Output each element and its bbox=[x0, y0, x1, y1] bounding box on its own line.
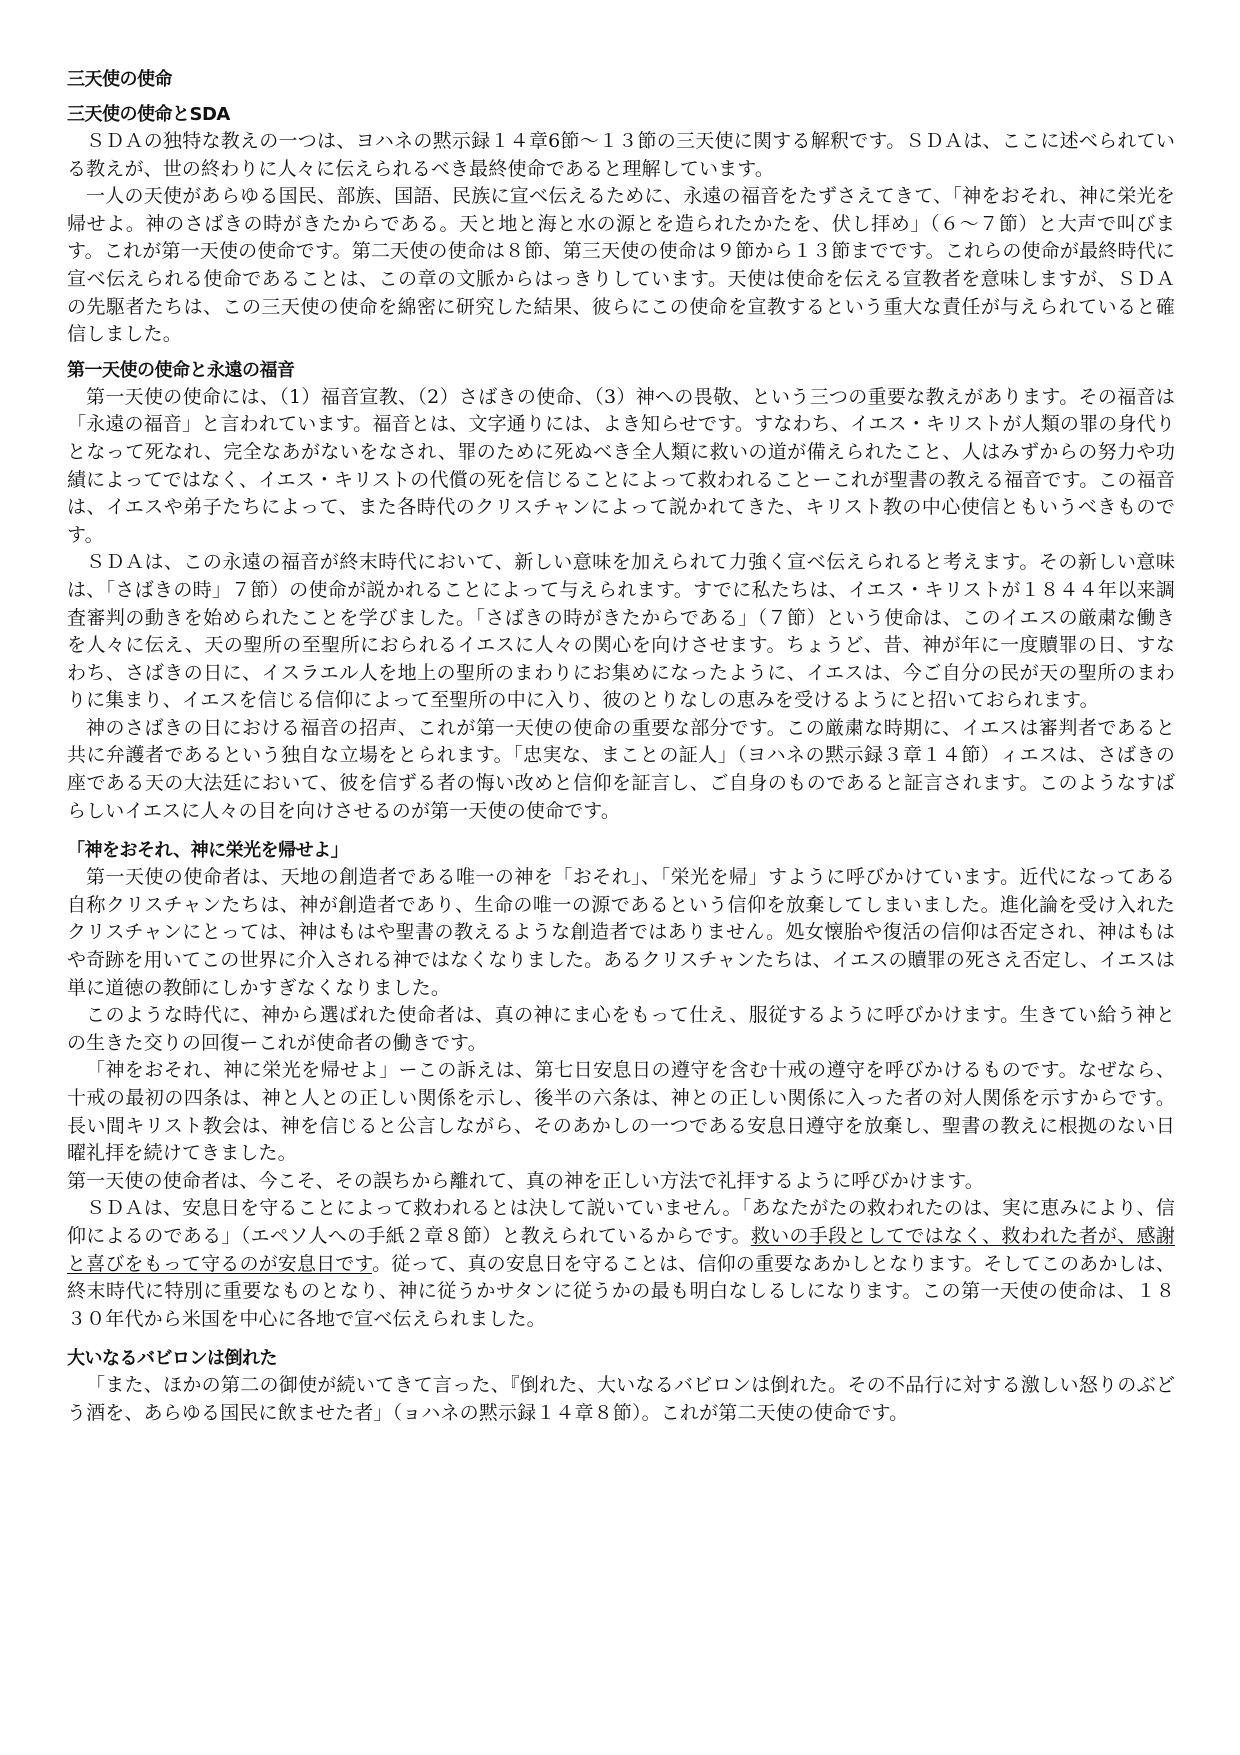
section-three-angels-and-sda: 三天使の使命とSDA ＳＤＡの独特な教えの一つは、ヨハネの黙示録１４章6節～１３… bbox=[67, 101, 1175, 349]
section-heading: 大いなるバビロンは倒れた bbox=[67, 1345, 1175, 1372]
section-heading: 三天使の使命とSDA bbox=[67, 101, 1175, 128]
paragraph: 第一天使の使命者は、今こそ、その誤ちから離れて、真の神を正しい方法で礼拝するよう… bbox=[67, 1168, 1175, 1196]
paragraph: 一人の天使があらゆる国民、部族、国語、民族に宣べ伝えるために、永遠の福音をたずさ… bbox=[67, 183, 1175, 349]
section-heading: 「神をおそれ、神に栄光を帰せよ」 bbox=[67, 837, 1175, 864]
sabbath-paragraph: ＳＤＡは、安息日を守ることによって救われるとは決して説いていません。「あなたがた… bbox=[67, 1195, 1175, 1333]
section-heading: 第一天使の使命と永遠の福音 bbox=[67, 357, 1175, 384]
paragraph: ＳＤＡの独特な教えの一つは、ヨハネの黙示録１４章6節～１３節の三天使に関する解釈… bbox=[67, 128, 1175, 183]
paragraph: 神のさばきの日における福音の招声、これが第一天使の使命の重要な部分です。この厳粛… bbox=[67, 715, 1175, 825]
section-first-angel-eternal-gospel: 第一天使の使命と永遠の福音 第一天使の使命には、（1）福音宣教、（2）さばきの使… bbox=[67, 357, 1175, 826]
paragraph: 「また、ほかの第二の御使が続いてきて言った、『倒れた、大いなるバビロンは倒れた。… bbox=[67, 1372, 1175, 1427]
section-fear-god-give-glory: 「神をおそれ、神に栄光を帰せよ」 第一天使の使命者は、天地の創造者である唯一の神… bbox=[67, 837, 1175, 1333]
paragraph: このような時代に、神から選ばれた使命者は、真の神にま心をもって仕え、服従するよう… bbox=[67, 1002, 1175, 1057]
paragraph: 第一天使の使命には、（1）福音宣教、（2）さばきの使命、（3）神への畏敬、という… bbox=[67, 384, 1175, 550]
document-title: 三天使の使命 bbox=[67, 66, 1175, 93]
document-page: 三天使の使命 三天使の使命とSDA ＳＤＡの独特な教えの一つは、ヨハネの黙示録１… bbox=[67, 66, 1175, 1428]
paragraph: 「神をおそれ、神に栄光を帰せよ」ーこの訴えは、第七日安息日の遵守を含む十戒の遵守… bbox=[67, 1057, 1175, 1167]
paragraph: ＳＤＡは、この永遠の福音が終末時代において、新しい意味を加えられて力強く宣べ伝え… bbox=[67, 549, 1175, 715]
section-babylon-fallen: 大いなるバビロンは倒れた 「また、ほかの第二の御使が続いてきて言った、『倒れた、… bbox=[67, 1345, 1175, 1427]
paragraph: 第一天使の使命者は、天地の創造者である唯一の神を「おそれ」、「栄光を帰」すように… bbox=[67, 864, 1175, 1002]
